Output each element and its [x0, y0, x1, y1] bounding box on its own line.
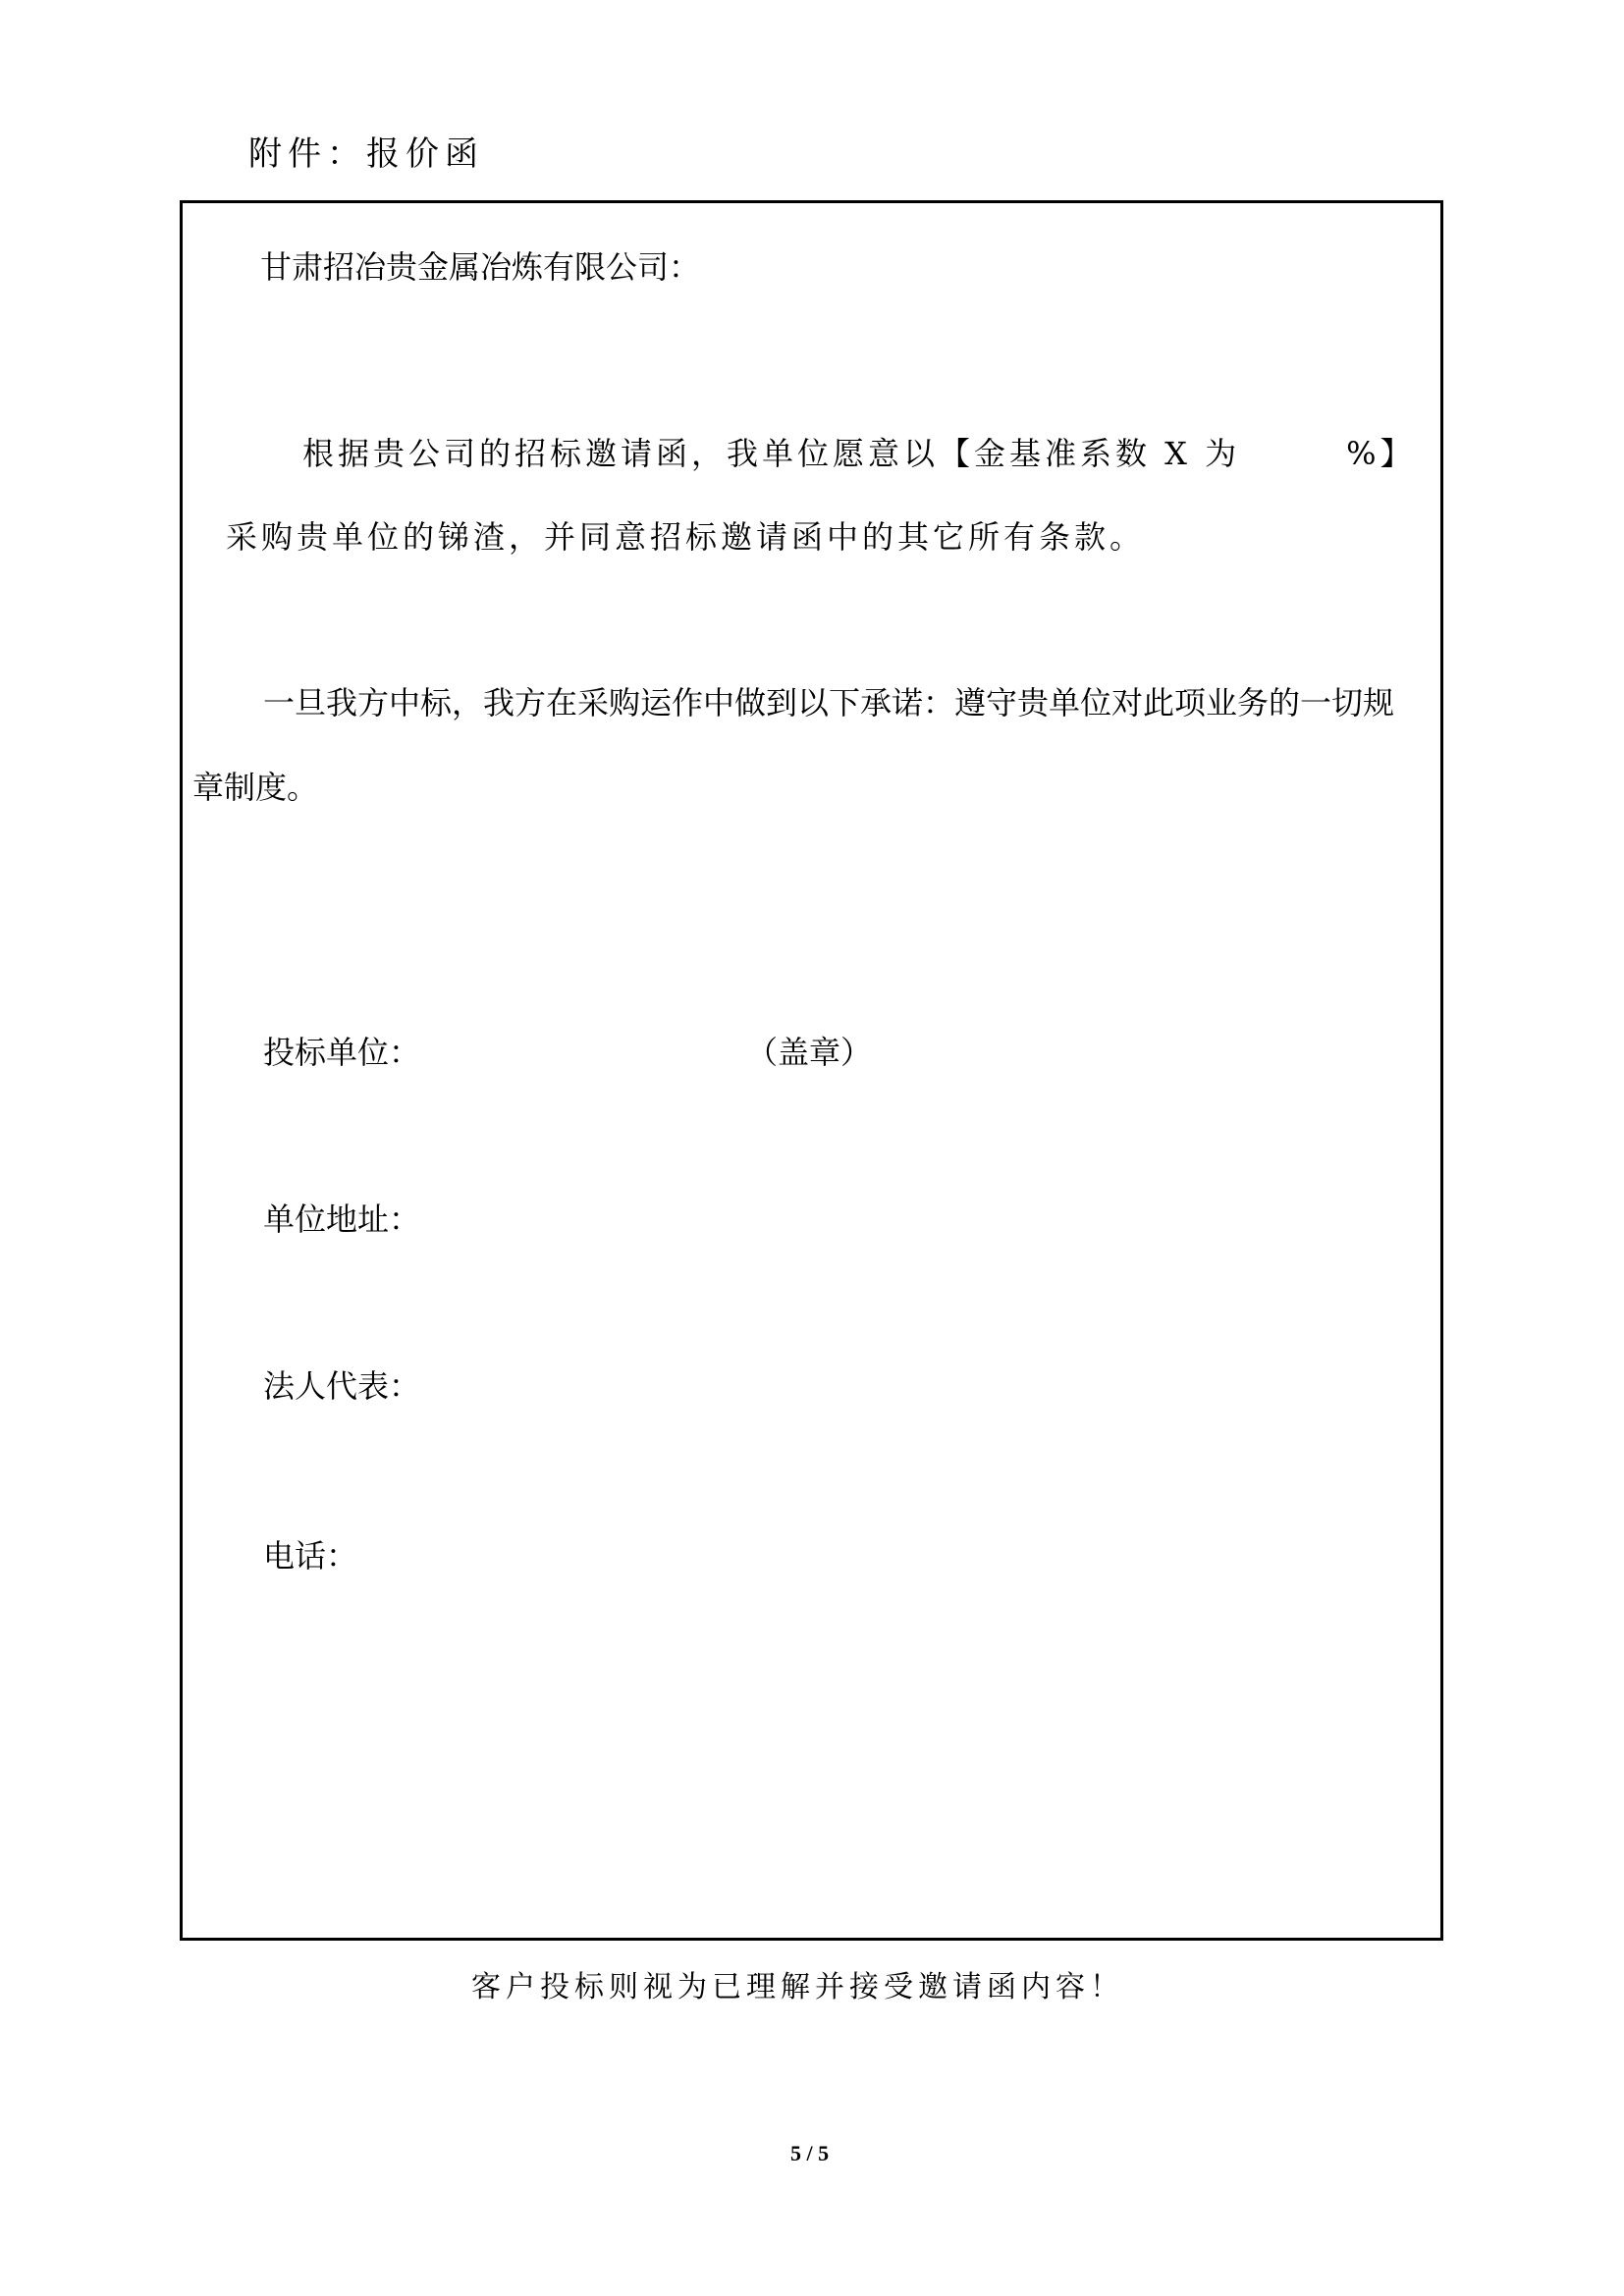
field-phone-label: 电话： — [263, 1540, 357, 1572]
paragraph1-line2: 采购贵单位的锑渣，并同意招标邀请函中的其它所有条款。 — [226, 521, 1145, 553]
field-bidder-seal: （盖章） — [746, 1037, 872, 1068]
paragraph2-line2: 章制度。 — [192, 772, 318, 803]
attachment-heading: 附件：报价函 — [248, 137, 484, 171]
paragraph1-line1: 根据贵公司的招标邀请函，我单位愿意以【金基准系数 X 为 %】 — [302, 438, 1416, 469]
field-address-label: 单位地址： — [263, 1203, 420, 1235]
field-legal-rep-label: 法人代表： — [263, 1370, 420, 1402]
page-number: 5 / 5 — [790, 2143, 829, 2164]
paragraph2-line1: 一旦我方中标，我方在采购运作中做到以下承诺：遵守贵单位对此项业务的一切规 — [263, 687, 1394, 719]
footer-note: 客户投标则视为已理解并接受邀请函内容！ — [471, 1973, 1124, 2002]
field-bidder-label: 投标单位： — [263, 1037, 420, 1068]
addressee: 甘肃招冶贵金属冶炼有限公司： — [260, 251, 700, 283]
